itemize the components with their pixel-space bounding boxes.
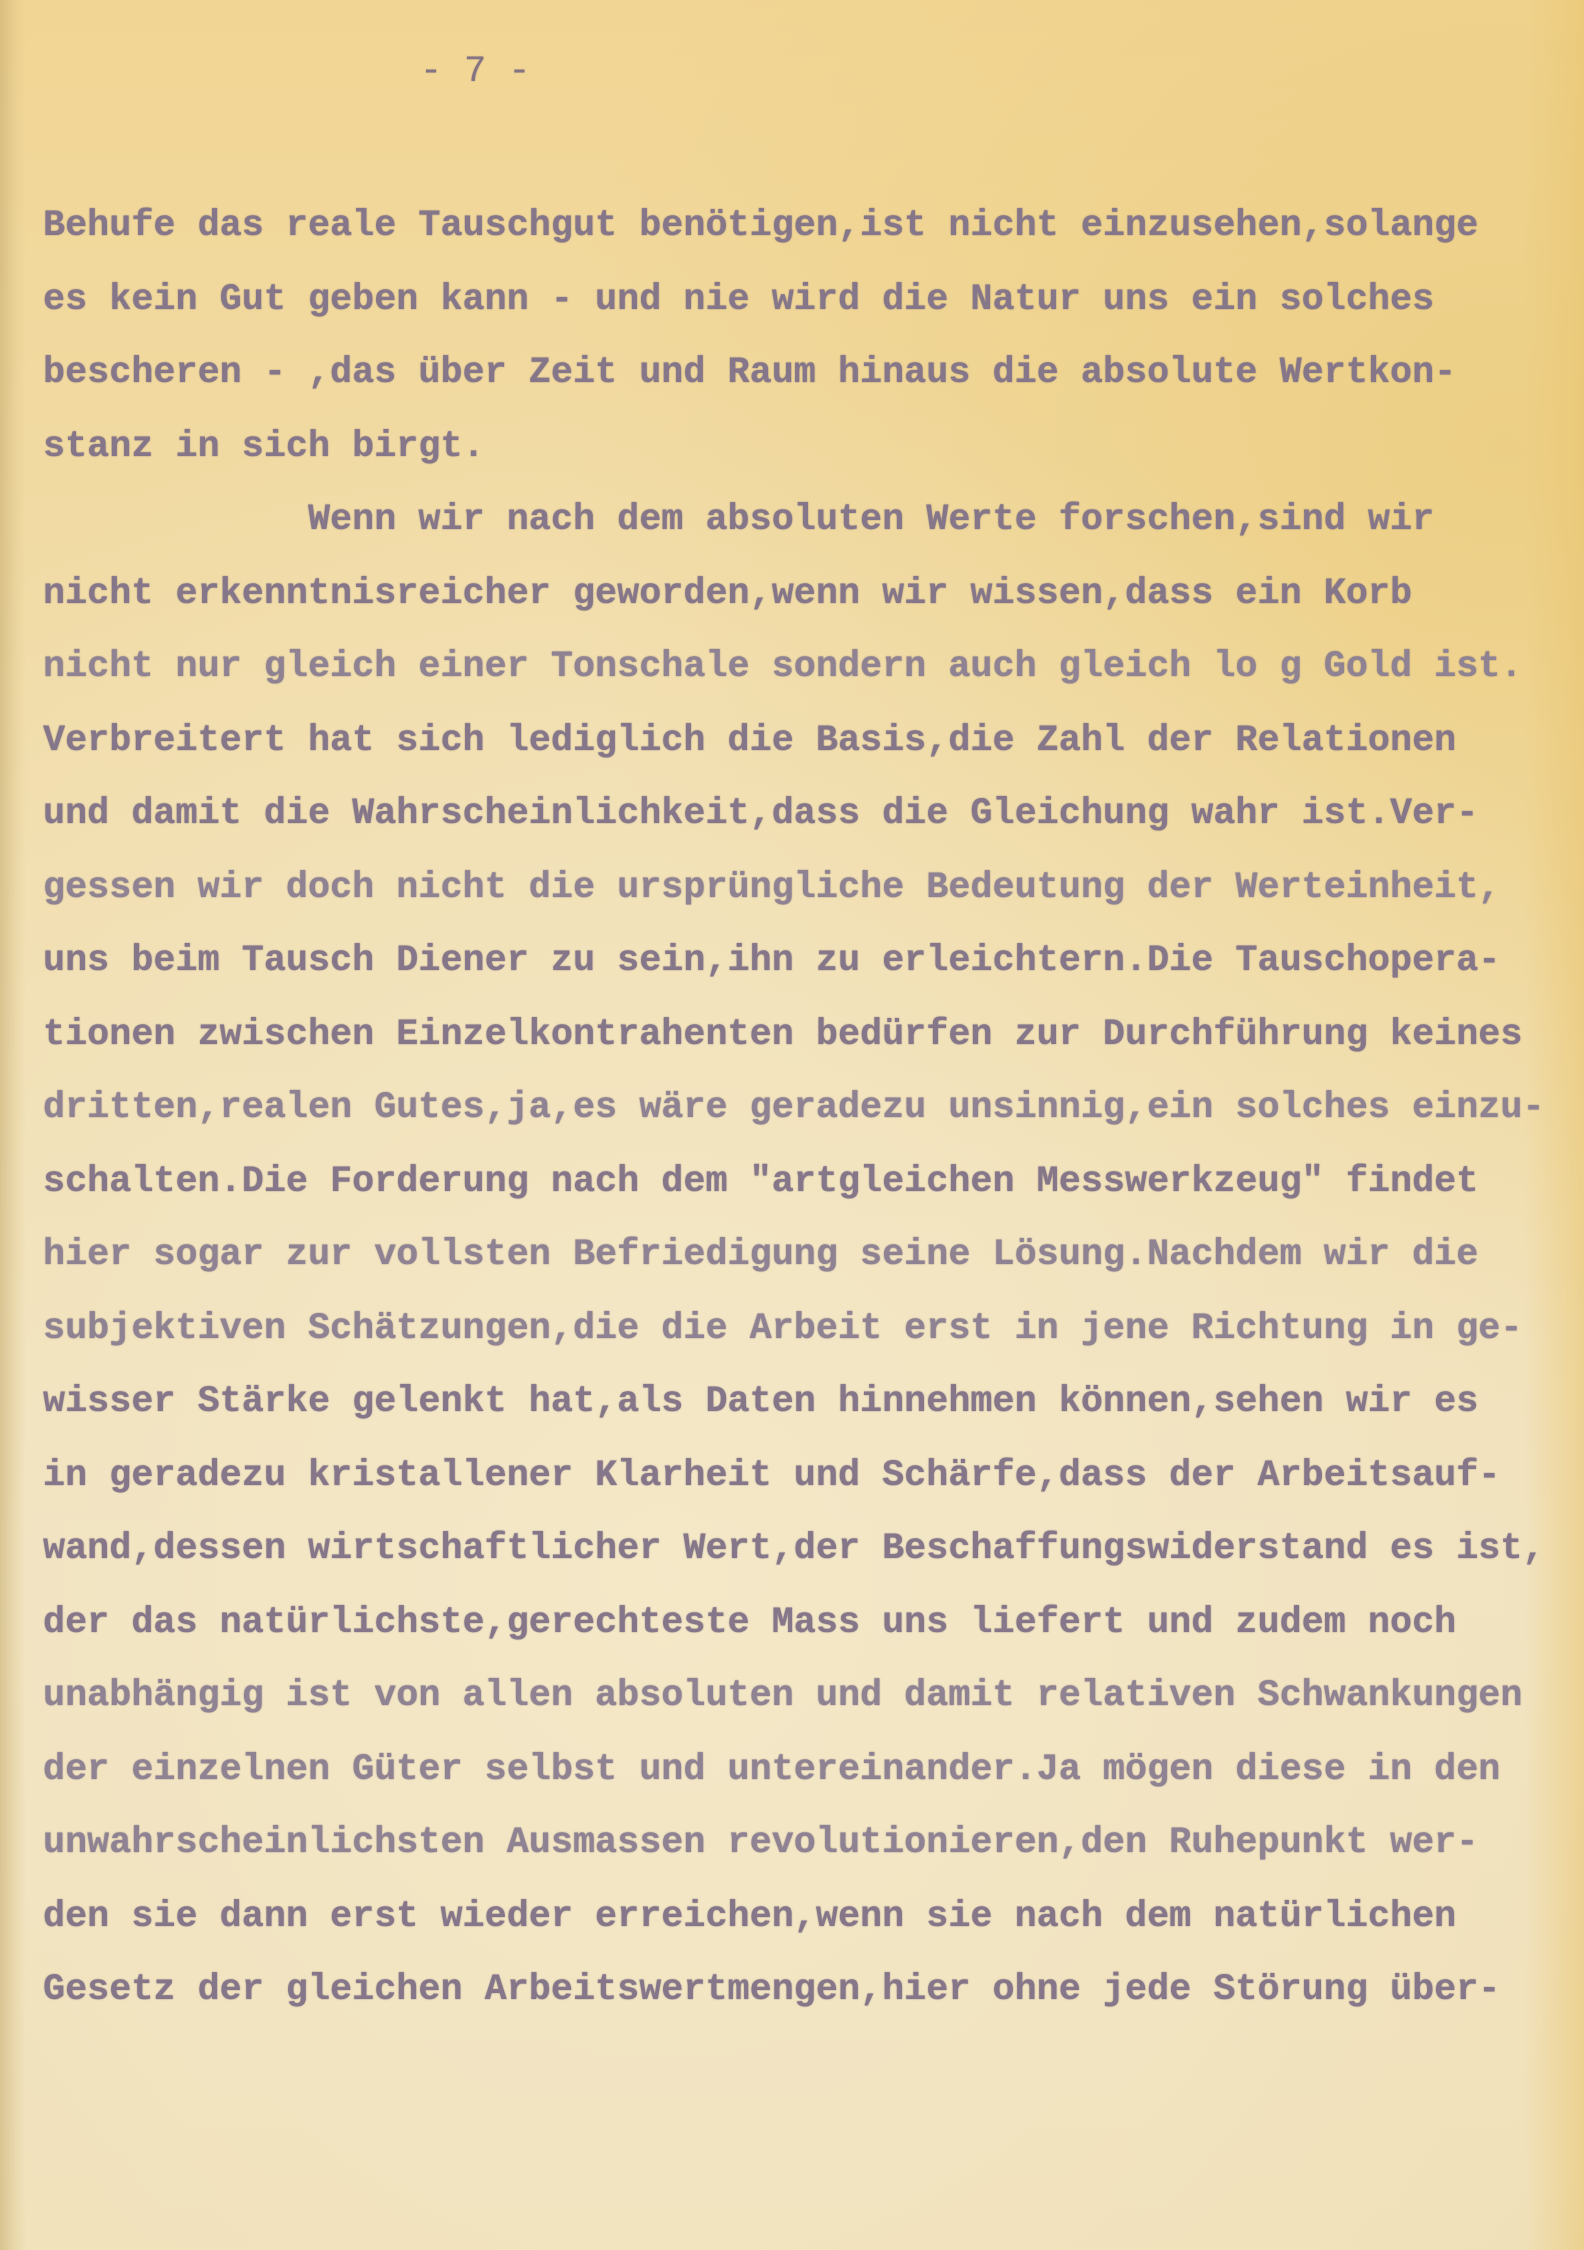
text-line: den sie dann erst wieder erreichen,wenn … bbox=[43, 1887, 1545, 1961]
text-line: es kein Gut geben kann - und nie wird di… bbox=[43, 270, 1545, 344]
text-line: uns beim Tausch Diener zu sein,ihn zu er… bbox=[43, 931, 1545, 1005]
text-line: unwahrscheinlichsten Ausmassen revolutio… bbox=[43, 1813, 1545, 1887]
paragraph-start-line: Wenn wir nach dem absoluten Werte forsch… bbox=[43, 490, 1545, 564]
text-line: Gesetz der gleichen Arbeitswertmengen,hi… bbox=[43, 1960, 1545, 2034]
text-line: wisser Stärke gelenkt hat,als Daten hinn… bbox=[43, 1372, 1545, 1446]
text-line: nicht nur gleich einer Tonschale sondern… bbox=[43, 637, 1545, 711]
text-line: und damit die Wahrscheinlichkeit,dass di… bbox=[43, 784, 1545, 858]
text-line: der einzelnen Güter selbst und untereina… bbox=[43, 1740, 1545, 1814]
paper-left-edge-shadow bbox=[0, 0, 26, 2250]
text-line: in geradezu kristallener Klarheit und Sc… bbox=[43, 1446, 1545, 1520]
typewritten-page: - 7 - Behufe das reale Tauschgut benötig… bbox=[0, 0, 1584, 2250]
text-line: Verbreitert hat sich lediglich die Basis… bbox=[43, 711, 1545, 785]
text-line: wand,dessen wirtschaftlicher Wert,der Be… bbox=[43, 1519, 1545, 1593]
text-line: Behufe das reale Tauschgut benötigen,ist… bbox=[43, 196, 1545, 270]
text-line: dritten,realen Gutes,ja,es wäre geradezu… bbox=[43, 1078, 1545, 1152]
text-line: stanz in sich birgt. bbox=[43, 417, 1545, 491]
text-line: tionen zwischen Einzelkontrahenten bedür… bbox=[43, 1005, 1545, 1079]
body-text: Behufe das reale Tauschgut benötigen,ist… bbox=[43, 196, 1545, 2034]
text-line: schalten.Die Forderung nach dem "artglei… bbox=[43, 1152, 1545, 1226]
text-line: bescheren - ,das über Zeit und Raum hina… bbox=[43, 343, 1545, 417]
text-line: hier sogar zur vollsten Befriedigung sei… bbox=[43, 1225, 1545, 1299]
text-line: unabhängig ist von allen absoluten und d… bbox=[43, 1666, 1545, 1740]
text-line: der das natürlichste,gerechteste Mass un… bbox=[43, 1593, 1545, 1667]
page-number: - 7 - bbox=[420, 50, 530, 94]
text-line: nicht erkenntnisreicher geworden,wenn wi… bbox=[43, 564, 1545, 638]
text-line: gessen wir doch nicht die ursprüngliche … bbox=[43, 858, 1545, 932]
text-line: subjektiven Schätzungen,die die Arbeit e… bbox=[43, 1299, 1545, 1373]
